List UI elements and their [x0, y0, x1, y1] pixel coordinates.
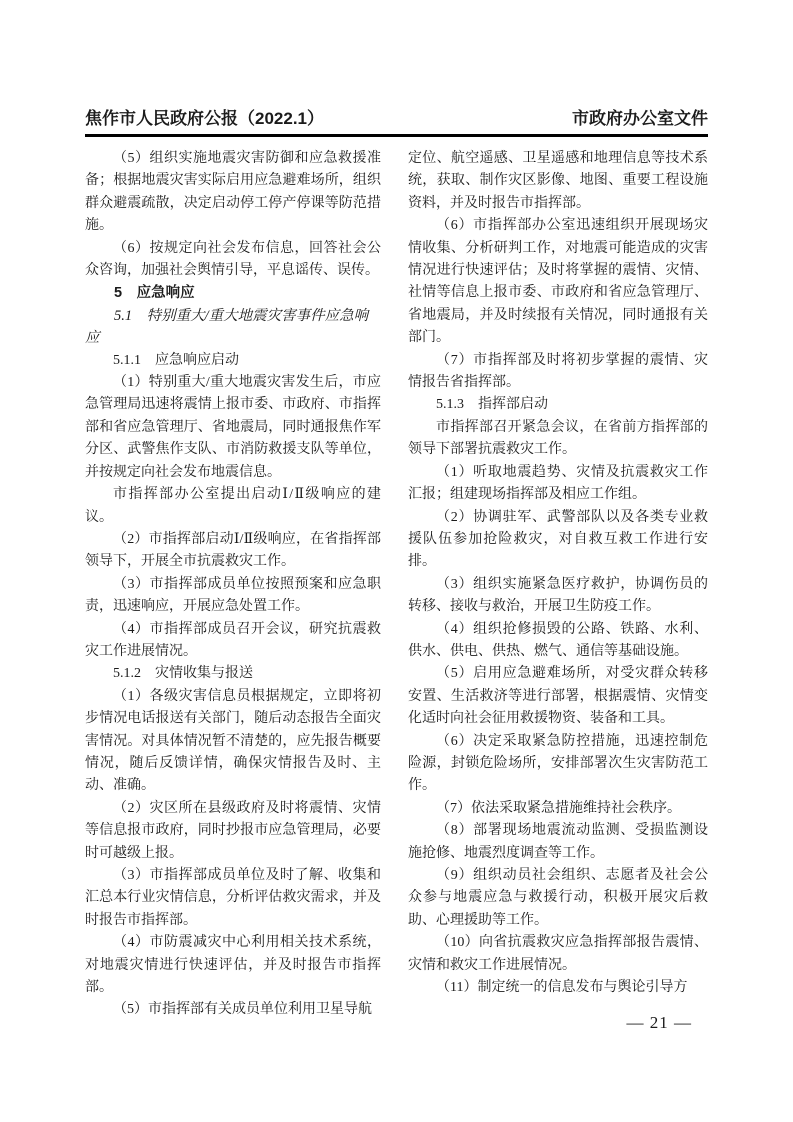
paragraph: （11）制定统一的信息发布与舆论引导方 — [408, 977, 708, 999]
paragraph: （7）市指挥部及时将初步掌握的震情、灾情报告省指挥部。 — [408, 350, 708, 395]
paragraph: （8）部署现场地震流动监测、受损监测设施抢修、地震烈度调查等工作。 — [408, 820, 708, 865]
paragraph: （3）组织实施紧急医疗救护，协调伤员的转移、接收与救治，开展卫生防疫工作。 — [408, 574, 708, 619]
paragraph-continuation: 定位、航空遥感、卫星遥感和地理信息等技术系统，获取、制作灾区影像、地图、重要工程… — [408, 148, 708, 215]
paragraph: （3）市指挥部成员单位按照预案和应急职责，迅速响应，开展应急处置工作。 — [85, 574, 381, 619]
paragraph: （4）市指挥部成员召开会议，研究抗震救灾工作进展情况。 — [85, 619, 381, 664]
paragraph: （2）灾区所在县级政府及时将震情、灾情等信息报市政府，同时抄报市应急管理局，必要… — [85, 798, 381, 865]
paragraph: （1）听取地震趋势、灾情及抗震救灾工作汇报；组建现场指挥部及相应工作组。 — [408, 462, 708, 507]
paragraph: 市指挥部办公室提出启动Ⅰ/Ⅱ级响应的建议。 — [85, 484, 381, 529]
heading-5-emergency-response: 5 应急响应 — [85, 282, 381, 304]
paragraph: （5）启用应急避难场所，对受灾群众转移安置、生活救济等进行部署，根据震情、灾情变… — [408, 663, 708, 730]
heading-5-1-3: 5.1.3 指挥部启动 — [408, 394, 708, 416]
paragraph: （6）按规定向社会发布信息，回答社会公众咨询，加强社会舆情引导，平息谣传、误传。 — [85, 238, 381, 283]
paragraph: （1）各级灾害信息员根据规定，立即将初步情况电话报送有关部门，随后动态报告全面灾… — [85, 686, 381, 798]
paragraph: （10）向省抗震救灾应急指挥部报告震情、灾情和救灾工作进展情况。 — [408, 932, 708, 977]
document-category-label: 市政府办公室文件 — [572, 108, 708, 129]
paragraph: 市指挥部召开紧急会议，在省前方指挥部的领导下部署抗震救灾工作。 — [408, 417, 708, 462]
right-column: 定位、航空遥感、卫星遥感和地理信息等技术系统，获取、制作灾区影像、地图、重要工程… — [408, 148, 708, 1022]
page-number: — 21 — — [627, 1013, 693, 1033]
heading-5-1-1: 5.1.1 应急响应启动 — [85, 350, 381, 372]
paragraph: （2）协调驻军、武警部队以及各类专业救援队伍参加抢险救灾，对自救互救工作进行安排… — [408, 507, 708, 574]
page-header: 焦作市人民政府公报（2022.1） 市政府办公室文件 — [85, 108, 708, 137]
paragraph: （5）组织实施地震灾害防御和应急救援准备；根据地震灾害实际启用应急避难场所，组织… — [85, 148, 381, 238]
paragraph: （6）市指挥部办公室迅速组织开展现场灾情收集、分析研判工作，对地震可能造成的灾害… — [408, 215, 708, 349]
paragraph: （4）市防震减灾中心利用相关技术系统，对地震灾情进行快速评估，并及时报告市指挥部… — [85, 932, 381, 999]
body-columns: （5）组织实施地震灾害防御和应急救援准备；根据地震灾害实际启用应急避难场所，组织… — [85, 148, 708, 1022]
left-column: （5）组织实施地震灾害防御和应急救援准备；根据地震灾害实际启用应急避难场所，组织… — [85, 148, 381, 1022]
paragraph: （2）市指挥部启动Ⅰ/Ⅱ级响应，在省指挥部领导下，开展全市抗震救灾工作。 — [85, 529, 381, 574]
paragraph: （9）组织动员社会组织、志愿者及社会公众参与地震应急与救援行动，积极开展灾后救助… — [408, 865, 708, 932]
heading-5-1: 5.1 特别重大/重大地震灾害事件应急响应 — [85, 305, 381, 350]
paragraph: （6）决定采取紧急防控措施，迅速控制危险源，封锁危险场所，安排部署次生灾害防范工… — [408, 731, 708, 798]
paragraph: （3）市指挥部成员单位及时了解、收集和汇总本行业灾情信息，分析评估救灾需求，并及… — [85, 865, 381, 932]
paragraph: （1）特别重大/重大地震灾害发生后，市应急管理局迅速将震情上报市委、市政府、市指… — [85, 372, 381, 484]
gazette-title: 焦作市人民政府公报（2022.1） — [85, 108, 324, 129]
gazette-page: 焦作市人民政府公报（2022.1） 市政府办公室文件 （5）组织实施地震灾害防御… — [0, 0, 793, 1122]
heading-5-1-2: 5.1.2 灾情收集与报送 — [85, 663, 381, 685]
paragraph: （5）市指挥部有关成员单位利用卫星导航 — [85, 999, 381, 1021]
paragraph: （4）组织抢修损毁的公路、铁路、水利、供水、供电、供热、燃气、通信等基础设施。 — [408, 619, 708, 664]
paragraph: （7）依法采取紧急措施维持社会秩序。 — [408, 798, 708, 820]
